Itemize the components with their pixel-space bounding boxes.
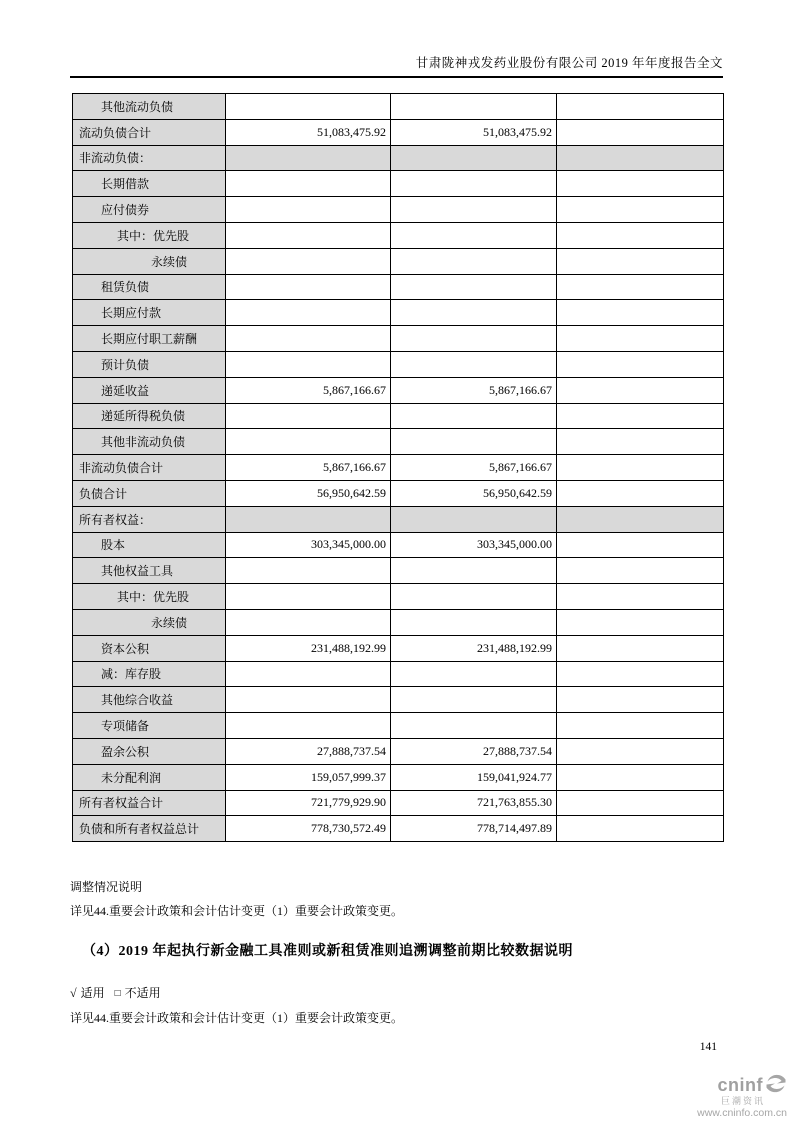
table-row: 长期应付款 xyxy=(73,300,724,326)
table-row: 其他权益工具 xyxy=(73,558,724,584)
row-label: 其他非流动负债 xyxy=(73,429,226,455)
row-label: 其他权益工具 xyxy=(73,558,226,584)
row-label: 预计负债 xyxy=(73,351,226,377)
balance-sheet-body: 其他流动负债流动负债合计51,083,475.9251,083,475.92非流… xyxy=(73,94,724,842)
table-row: 其他综合收益 xyxy=(73,687,724,713)
cell-value xyxy=(226,222,391,248)
row-label: 非流动负债： xyxy=(73,145,226,171)
cell-value xyxy=(557,119,724,145)
cell-value xyxy=(391,326,557,352)
row-label: 流动负债合计 xyxy=(73,119,226,145)
cell-value xyxy=(226,351,391,377)
cell-value xyxy=(226,558,391,584)
table-row: 预计负债 xyxy=(73,351,724,377)
row-label: 其中：优先股 xyxy=(73,222,226,248)
row-label: 负债和所有者权益总计 xyxy=(73,816,226,842)
cell-value xyxy=(226,403,391,429)
cell-value: 56,950,642.59 xyxy=(391,480,557,506)
cell-value xyxy=(226,609,391,635)
cell-value xyxy=(557,326,724,352)
row-label: 所有者权益： xyxy=(73,506,226,532)
cell-value xyxy=(391,558,557,584)
cell-value xyxy=(557,764,724,790)
cell-value xyxy=(557,248,724,274)
table-row: 其他流动负债 xyxy=(73,94,724,120)
cell-value xyxy=(391,171,557,197)
cell-value xyxy=(557,661,724,687)
cell-value: 27,888,737.54 xyxy=(391,738,557,764)
row-label: 其他流动负债 xyxy=(73,94,226,120)
table-row: 所有者权益合计721,779,929.90721,763,855.30 xyxy=(73,790,724,816)
cell-value xyxy=(226,145,391,171)
row-label: 永续债 xyxy=(73,609,226,635)
cell-value: 5,867,166.67 xyxy=(226,377,391,403)
cell-value xyxy=(391,687,557,713)
cell-value xyxy=(226,248,391,274)
table-row: 减：库存股 xyxy=(73,661,724,687)
row-label: 盈余公积 xyxy=(73,738,226,764)
row-label: 减：库存股 xyxy=(73,661,226,687)
header-divider xyxy=(70,76,723,78)
cell-value xyxy=(557,816,724,842)
section-heading: （4）2019 年起执行新金融工具准则或新租赁准则追溯调整前期比较数据说明 xyxy=(82,940,573,960)
cell-value: 51,083,475.92 xyxy=(226,119,391,145)
cell-value xyxy=(557,377,724,403)
cell-value xyxy=(557,455,724,481)
cell-value xyxy=(557,609,724,635)
cell-value xyxy=(391,197,557,223)
cell-value: 778,730,572.49 xyxy=(226,816,391,842)
cell-value xyxy=(557,351,724,377)
cell-value xyxy=(557,584,724,610)
cell-value xyxy=(391,248,557,274)
cell-value xyxy=(391,94,557,120)
cell-value: 303,345,000.00 xyxy=(391,532,557,558)
cell-value xyxy=(226,300,391,326)
row-label: 未分配利润 xyxy=(73,764,226,790)
cell-value xyxy=(557,171,724,197)
not-applicable-label: 不适用 xyxy=(125,986,161,1000)
cell-value: 721,779,929.90 xyxy=(226,790,391,816)
table-row: 流动负债合计51,083,475.9251,083,475.92 xyxy=(73,119,724,145)
cell-value xyxy=(557,713,724,739)
row-label: 其中：优先股 xyxy=(73,584,226,610)
adjustment-note-title: 调整情况说明 xyxy=(70,878,142,895)
cell-value xyxy=(557,145,724,171)
row-label: 应付债券 xyxy=(73,197,226,223)
cell-value xyxy=(557,738,724,764)
cninfo-swirl-icon xyxy=(765,1074,787,1099)
cell-value xyxy=(391,429,557,455)
row-label: 负债合计 xyxy=(73,480,226,506)
row-label: 专项储备 xyxy=(73,713,226,739)
applicability-note-detail: 详见44.重要会计政策和会计估计变更（1）重要会计政策变更。 xyxy=(70,1009,403,1026)
cninfo-logo: cninf 巨潮资讯 www.cninfo.com.cn xyxy=(667,1074,787,1120)
table-row: 非流动负债： xyxy=(73,145,724,171)
cell-value xyxy=(557,532,724,558)
cell-value xyxy=(557,480,724,506)
cell-value xyxy=(557,687,724,713)
table-row: 其中：优先股 xyxy=(73,584,724,610)
table-row: 其中：优先股 xyxy=(73,222,724,248)
cell-value xyxy=(226,429,391,455)
cell-value: 231,488,192.99 xyxy=(391,635,557,661)
applicability-line: √适用□不适用 xyxy=(70,984,161,1001)
cell-value: 5,867,166.67 xyxy=(391,377,557,403)
cninfo-brand-text: cninf xyxy=(718,1076,764,1096)
balance-sheet-table: 其他流动负债流动负债合计51,083,475.9251,083,475.92非流… xyxy=(72,93,724,842)
cell-value xyxy=(226,197,391,223)
cell-value xyxy=(226,171,391,197)
table-row: 专项储备 xyxy=(73,713,724,739)
table-row: 盈余公积27,888,737.5427,888,737.54 xyxy=(73,738,724,764)
cell-value xyxy=(557,274,724,300)
row-label: 资本公积 xyxy=(73,635,226,661)
cell-value: 5,867,166.67 xyxy=(226,455,391,481)
check-mark-icon: √ xyxy=(70,986,77,1000)
table-row: 应付债券 xyxy=(73,197,724,223)
cell-value xyxy=(226,94,391,120)
cell-value: 5,867,166.67 xyxy=(391,455,557,481)
adjustment-note-detail: 详见44.重要会计政策和会计估计变更（1）重要会计政策变更。 xyxy=(70,902,403,919)
cell-value: 51,083,475.92 xyxy=(391,119,557,145)
table-row: 永续债 xyxy=(73,609,724,635)
table-row: 租赁负债 xyxy=(73,274,724,300)
cell-value xyxy=(226,713,391,739)
empty-checkbox-icon: □ xyxy=(115,988,121,999)
page-header-title: 甘肃陇神戎发药业股份有限公司 2019 年年度报告全文 xyxy=(416,53,723,71)
cell-value: 778,714,497.89 xyxy=(391,816,557,842)
cell-value xyxy=(557,300,724,326)
row-label: 递延所得税负债 xyxy=(73,403,226,429)
cell-value xyxy=(557,403,724,429)
cell-value: 231,488,192.99 xyxy=(226,635,391,661)
cell-value xyxy=(391,584,557,610)
cell-value xyxy=(391,351,557,377)
row-label: 长期应付款 xyxy=(73,300,226,326)
row-label: 长期应付职工薪酬 xyxy=(73,326,226,352)
table-row: 非流动负债合计5,867,166.675,867,166.67 xyxy=(73,455,724,481)
cell-value: 159,041,924.77 xyxy=(391,764,557,790)
table-row: 资本公积231,488,192.99231,488,192.99 xyxy=(73,635,724,661)
row-label: 永续债 xyxy=(73,248,226,274)
cell-value xyxy=(557,558,724,584)
cninfo-chinese-name: 巨潮资讯 xyxy=(667,1097,765,1107)
table-row: 负债合计56,950,642.5956,950,642.59 xyxy=(73,480,724,506)
row-label: 其他综合收益 xyxy=(73,687,226,713)
cell-value xyxy=(391,145,557,171)
cell-value xyxy=(557,506,724,532)
table-row: 股本303,345,000.00303,345,000.00 xyxy=(73,532,724,558)
table-row: 长期借款 xyxy=(73,171,724,197)
table-row: 负债和所有者权益总计778,730,572.49778,714,497.89 xyxy=(73,816,724,842)
document-page: 甘肃陇神戎发药业股份有限公司 2019 年年度报告全文 其他流动负债流动负债合计… xyxy=(0,0,793,1122)
cell-value xyxy=(391,661,557,687)
cell-value xyxy=(226,661,391,687)
cninfo-url: www.cninfo.com.cn xyxy=(667,1108,787,1120)
row-label: 非流动负债合计 xyxy=(73,455,226,481)
table-row: 递延所得税负债 xyxy=(73,403,724,429)
cell-value xyxy=(391,222,557,248)
cell-value xyxy=(557,222,724,248)
cell-value xyxy=(557,635,724,661)
cell-value: 159,057,999.37 xyxy=(226,764,391,790)
cell-value xyxy=(557,790,724,816)
page-number: 141 xyxy=(700,1041,717,1053)
row-label: 股本 xyxy=(73,532,226,558)
cell-value xyxy=(391,506,557,532)
table-row: 其他非流动负债 xyxy=(73,429,724,455)
cell-value xyxy=(391,403,557,429)
cell-value xyxy=(391,713,557,739)
table-row: 未分配利润159,057,999.37159,041,924.77 xyxy=(73,764,724,790)
applicable-label: 适用 xyxy=(81,986,105,1000)
row-label: 长期借款 xyxy=(73,171,226,197)
cell-value: 303,345,000.00 xyxy=(226,532,391,558)
cell-value xyxy=(226,584,391,610)
cell-value xyxy=(557,94,724,120)
cell-value: 721,763,855.30 xyxy=(391,790,557,816)
cell-value xyxy=(391,609,557,635)
table-row: 递延收益5,867,166.675,867,166.67 xyxy=(73,377,724,403)
row-label: 递延收益 xyxy=(73,377,226,403)
table-row: 长期应付职工薪酬 xyxy=(73,326,724,352)
table-row: 所有者权益： xyxy=(73,506,724,532)
cell-value xyxy=(226,274,391,300)
cell-value: 27,888,737.54 xyxy=(226,738,391,764)
cell-value: 56,950,642.59 xyxy=(226,480,391,506)
cell-value xyxy=(557,429,724,455)
row-label: 租赁负债 xyxy=(73,274,226,300)
cell-value xyxy=(557,197,724,223)
row-label: 所有者权益合计 xyxy=(73,790,226,816)
cell-value xyxy=(226,687,391,713)
table-row: 永续债 xyxy=(73,248,724,274)
cell-value xyxy=(226,326,391,352)
cell-value xyxy=(391,300,557,326)
cell-value xyxy=(226,506,391,532)
cell-value xyxy=(391,274,557,300)
